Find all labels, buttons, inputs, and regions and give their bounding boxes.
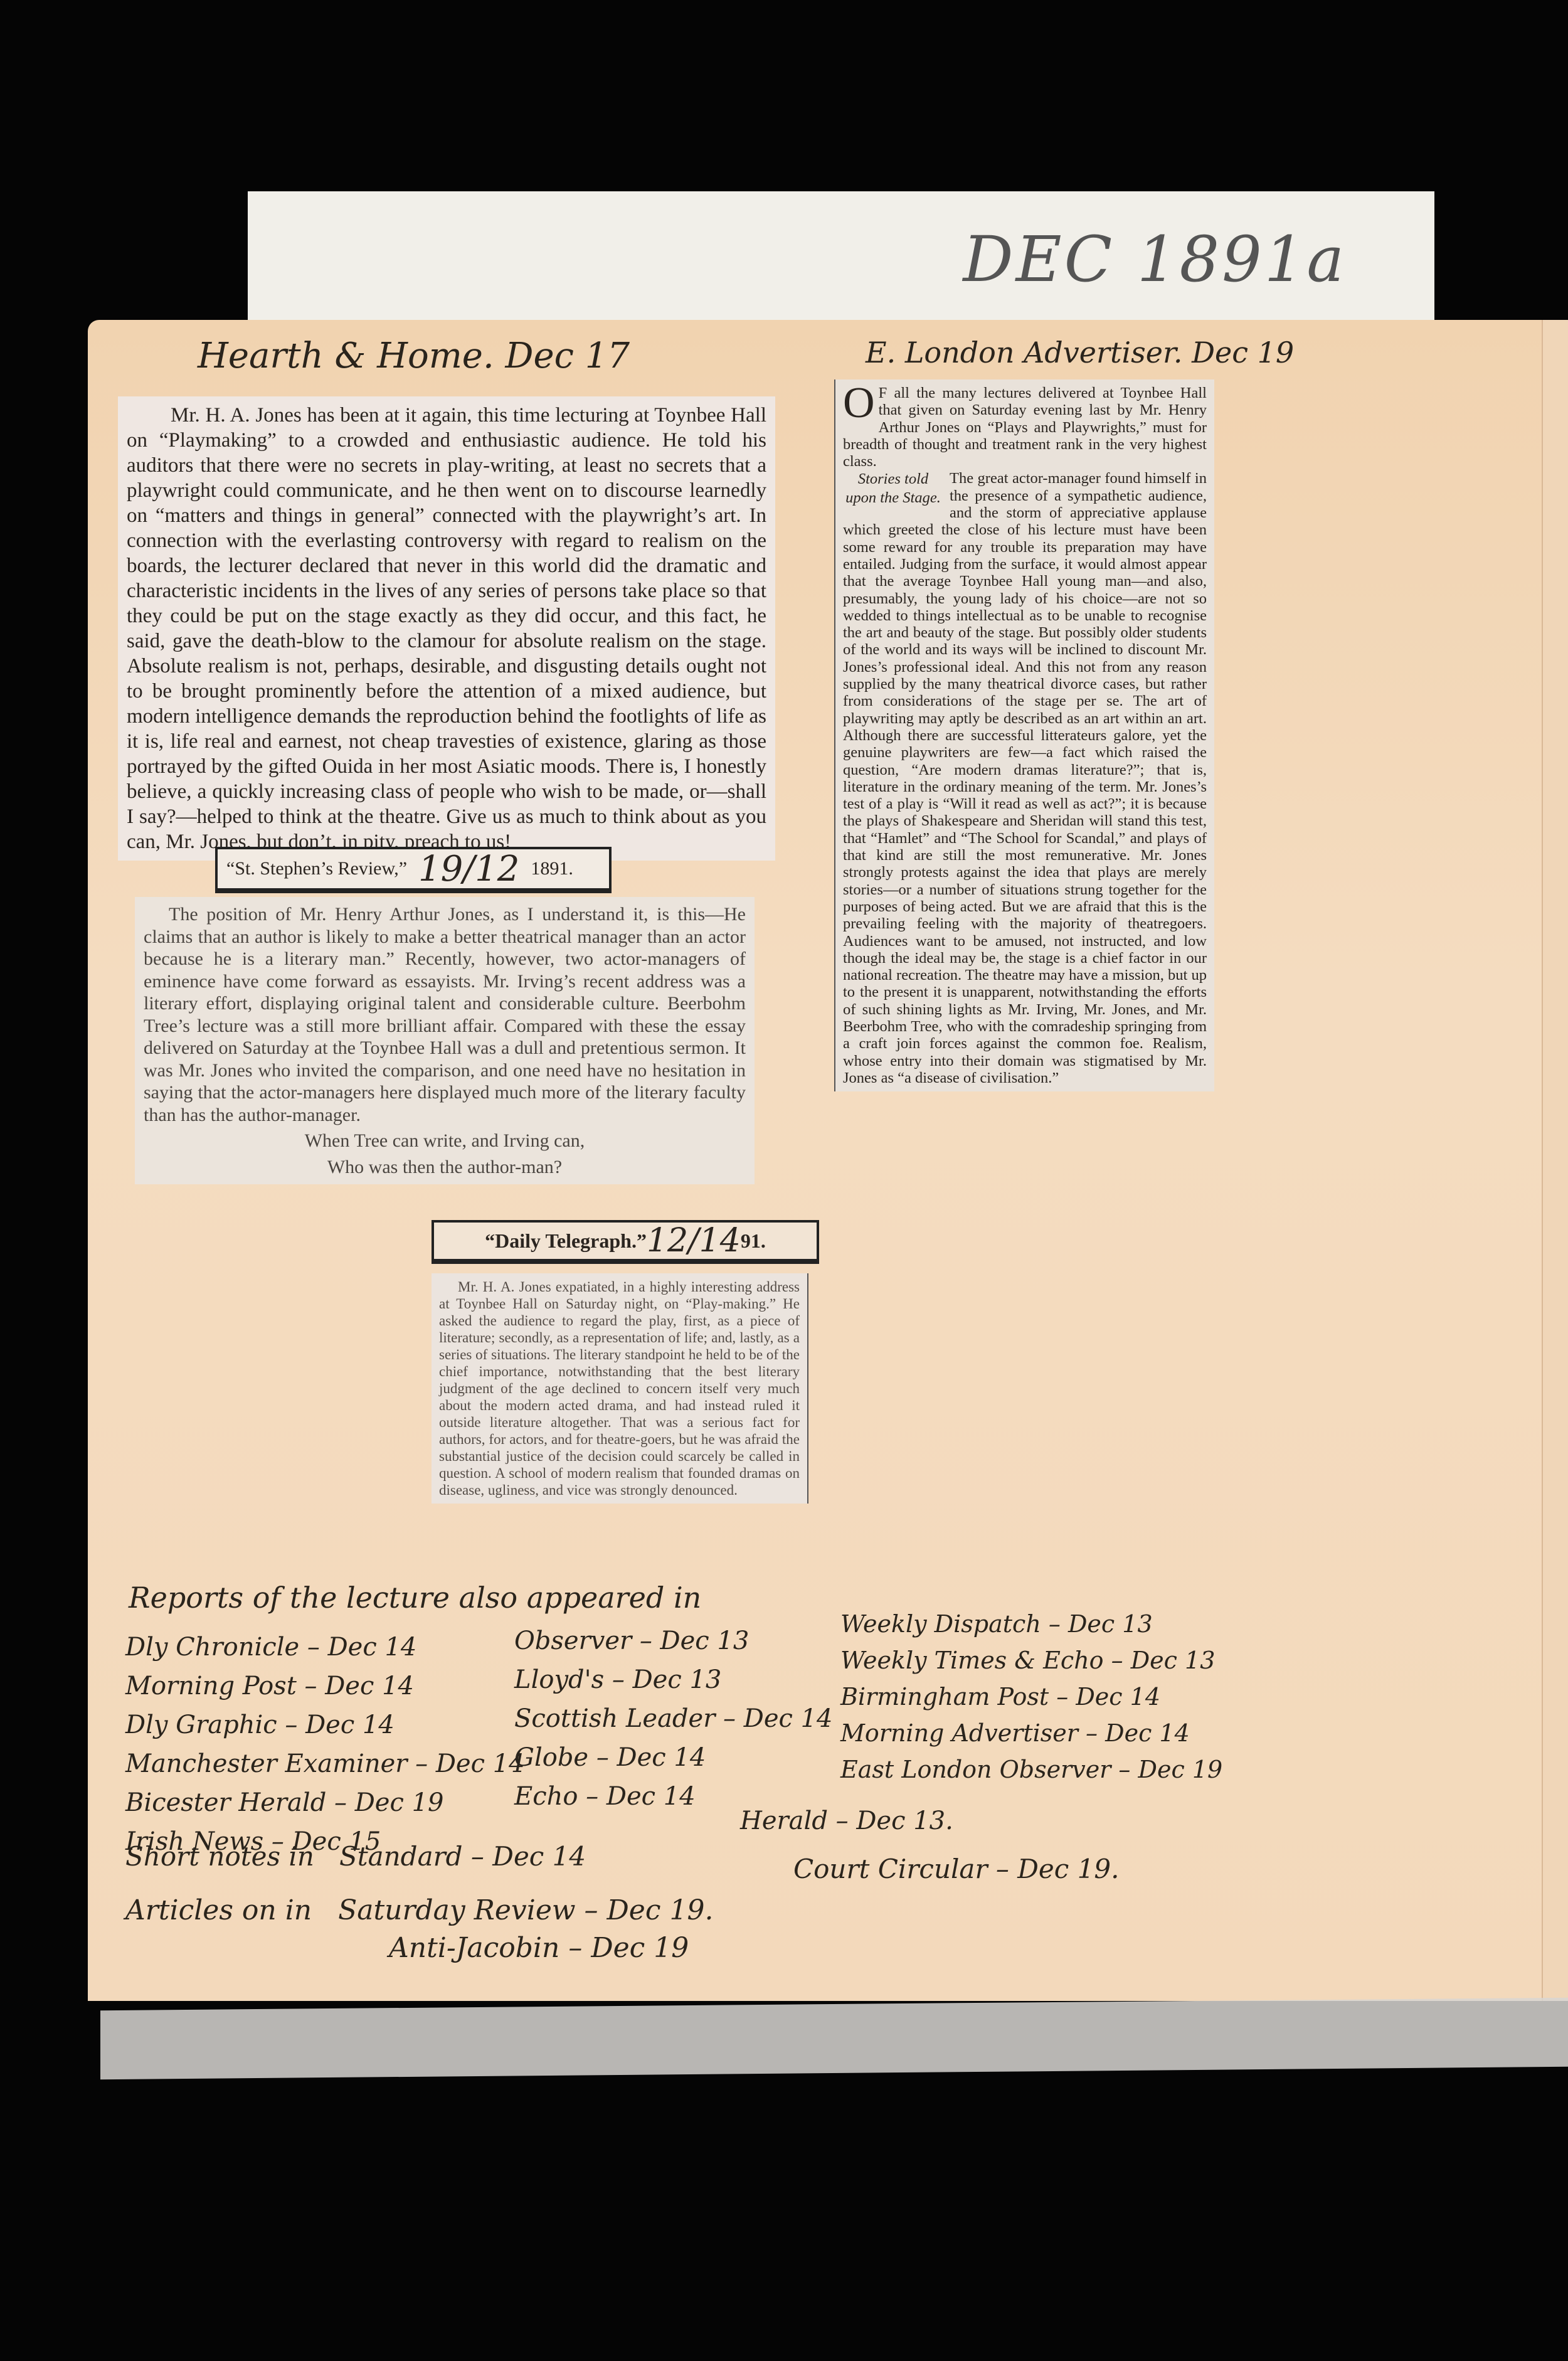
note-entry: Observer – Dec 13 [514,1621,833,1660]
notes-col2: Observer – Dec 13 Lloyd's – Dec 13 Scott… [514,1621,833,1816]
anti-jacobin-note: Anti-Jacobin – Dec 19 [389,1932,689,1964]
note-entry: East London Observer – Dec 19 [840,1751,1222,1788]
masthead-year: 91. [741,1229,766,1253]
verse-line: When Tree can write, and Irving can, [144,1130,746,1152]
clipping-body: Mr. H. A. Jones has been at it again, th… [127,403,766,854]
note-entry: Manchester Examiner – Dec 14 [125,1744,525,1783]
note-entry: Morning Advertiser – Dec 14 [840,1715,1222,1751]
st-stephens-masthead: “St. Stephen’s Review,” 19/12 1891. [215,847,612,893]
masthead-title: “St. Stephen’s Review,” [226,858,407,879]
sidenote: Stories told upon the Stage. [843,470,943,507]
masthead-year: 1891. [531,858,573,879]
hearth-home-clipping: Mr. H. A. Jones has been at it again, th… [118,396,775,861]
clipping-body: The great actor-manager found himself in… [843,470,1207,1086]
catalogue-label: DEC 1891a [963,223,1347,296]
handwritten-date: 12/14 [647,1222,741,1260]
masthead-title: “Daily Telegraph.” [485,1229,647,1253]
note-entry: Globe – Dec 14 [514,1738,833,1777]
clipping-body: The position of Mr. Henry Arthur Jones, … [144,903,746,1126]
short-notes-row: Short notes in Standard – Dec 14 [125,1841,586,1872]
note-entry: Weekly Times & Echo – Dec 13 [840,1642,1222,1679]
clipping-opening: F all the many lectures delivered at Toy… [843,385,1207,470]
notes-col1: Dly Chronicle – Dec 14 Morning Post – De… [125,1628,525,1861]
drop-cap: O [843,385,875,422]
page-edge [1542,320,1568,2001]
note-entry: Bicester Herald – Dec 19 [125,1783,525,1822]
note-entry: Dly Chronicle – Dec 14 [125,1628,525,1667]
daily-telegraph-masthead: “Daily Telegraph.” 12/14 91. [432,1220,819,1264]
handwritten-date: 19/12 [418,849,519,889]
note-entry: Lloyd's – Dec 13 [514,1660,833,1699]
court-circular-note: Court Circular – Dec 19. [793,1854,1119,1884]
herald-note: Herald – Dec 13. [740,1807,953,1835]
notes-heading: Reports of the lecture also appeared in [129,1581,701,1615]
st-stephens-clipping: The position of Mr. Henry Arthur Jones, … [135,897,755,1184]
clipping-body: Mr. H. A. Jones expatiated, in a highly … [439,1278,800,1499]
notes-col3: Weekly Dispatch – Dec 13 Weekly Times & … [840,1606,1222,1788]
note-entry: Scottish Leader – Dec 14 [514,1699,833,1738]
tissue-strip [100,1998,1568,2079]
articles-row: Articles on in Saturday Review – Dec 19. [125,1894,713,1926]
note-entry: Morning Post – Dec 14 [125,1667,525,1706]
east-london-clipping: O F all the many lectures delivered at T… [834,379,1214,1091]
catalogue-label-card: DEC 1891a [248,191,1434,329]
note-entry: Dly Graphic – Dec 14 [125,1706,525,1744]
hearth-home-source-note: Hearth & Home. Dec 17 [198,336,630,376]
verse-line: Who was then the author-man? [144,1156,746,1179]
note-entry: Birmingham Post – Dec 14 [840,1679,1222,1715]
daily-telegraph-clipping: Mr. H. A. Jones expatiated, in a highly … [432,1273,808,1504]
east-london-source-note: E. London Advertiser. Dec 19 [866,336,1294,369]
note-entry: Weekly Dispatch – Dec 13 [840,1606,1222,1642]
